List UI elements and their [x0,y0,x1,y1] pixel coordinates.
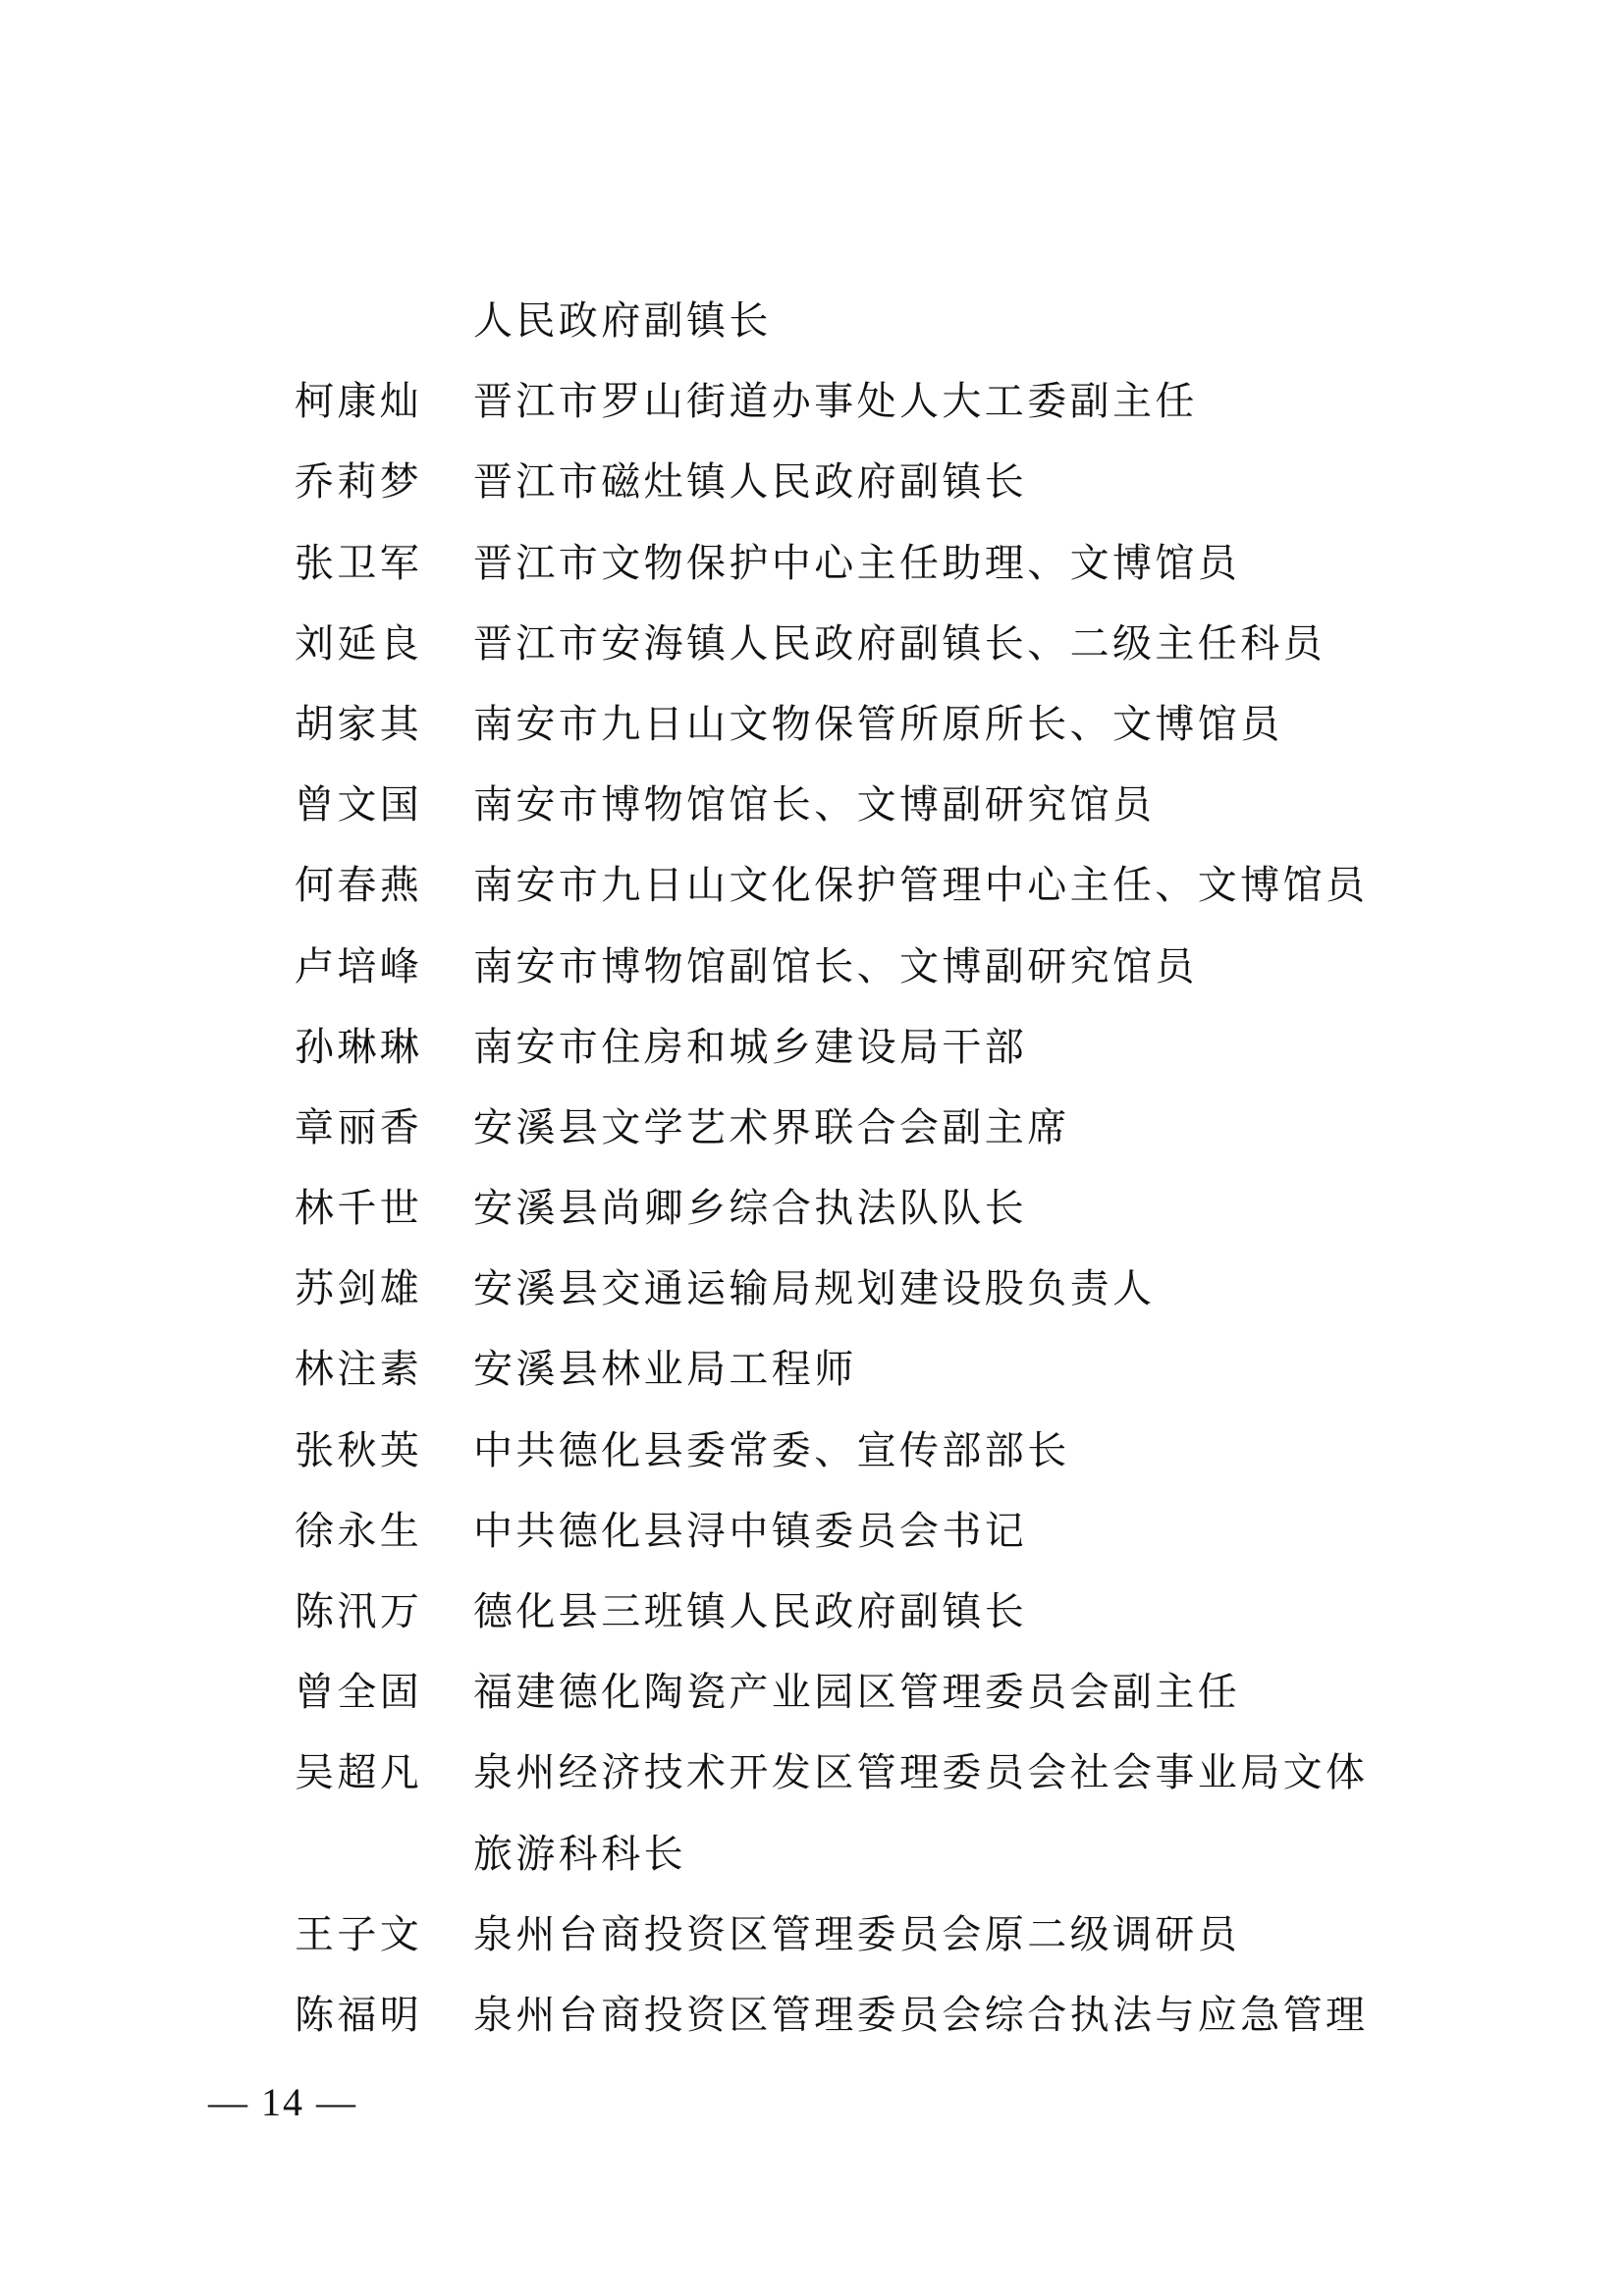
person-position: 德化县三班镇人民政府副镇长 [473,1572,1434,1652]
list-item: 乔莉梦晋江市磁灶镇人民政府副镇长 [295,442,1434,522]
person-position: 晋江市磁灶镇人民政府副镇长 [473,442,1434,522]
person-name: 章丽香 [295,1088,473,1168]
person-name: 陈汛万 [295,1572,473,1652]
list-item: 曾文国南安市博物馆馆长、文博副研究馆员 [295,765,1434,845]
list-item: 王子文泉州台商投资区管理委员会原二级调研员 [295,1895,1434,1975]
person-position: 福建德化陶瓷产业园区管理委员会副主任 [473,1652,1434,1733]
person-position: 人民政府副镇长 [473,281,1434,361]
person-position: 安溪县交通运输局规划建设股负责人 [473,1249,1434,1329]
person-name: 孙琳琳 [295,1007,473,1088]
list-item: 旅游科科长 [295,1814,1434,1895]
list-item: 孙琳琳南安市住房和城乡建设局干部 [295,1007,1434,1088]
person-name: 曾文国 [295,765,473,845]
person-name: 何春燕 [295,845,473,926]
list-item: 陈汛万德化县三班镇人民政府副镇长 [295,1572,1434,1652]
person-position: 中共德化县委常委、宣传部部长 [473,1411,1434,1491]
list-item: 曾全固福建德化陶瓷产业园区管理委员会副主任 [295,1652,1434,1733]
list-item: 徐永生中共德化县浔中镇委员会书记 [295,1491,1434,1572]
person-position: 南安市九日山文物保管所原所长、文博馆员 [473,684,1434,765]
person-name: 曾全固 [295,1652,473,1733]
person-name: 陈福明 [295,1975,473,2056]
list-item: 胡家其南安市九日山文物保管所原所长、文博馆员 [295,684,1434,765]
person-position: 晋江市罗山街道办事处人大工委副主任 [473,361,1434,442]
list-item: 张卫军晋江市文物保护中心主任助理、文博馆员 [295,523,1434,604]
list-item: 吴超凡泉州经济技术开发区管理委员会社会事业局文体 [295,1733,1434,1813]
person-position: 泉州经济技术开发区管理委员会社会事业局文体 [473,1733,1434,1813]
person-name: 张卫军 [295,523,473,604]
person-position: 南安市九日山文化保护管理中心主任、文博馆员 [473,845,1434,926]
person-name: 张秋英 [295,1411,473,1491]
list-item: 林千世安溪县尚卿乡综合执法队队长 [295,1168,1434,1249]
person-name: 林注素 [295,1329,473,1410]
list-item: 张秋英中共德化县委常委、宣传部部长 [295,1411,1434,1491]
list-item: 卢培峰南安市博物馆副馆长、文博副研究馆员 [295,927,1434,1007]
person-position: 晋江市文物保护中心主任助理、文博馆员 [473,523,1434,604]
person-position: 泉州台商投资区管理委员会原二级调研员 [473,1895,1434,1975]
person-position: 安溪县尚卿乡综合执法队队长 [473,1168,1434,1249]
person-position: 南安市博物馆馆长、文博副研究馆员 [473,765,1434,845]
person-position: 南安市博物馆副馆长、文博副研究馆员 [473,927,1434,1007]
person-name: 林千世 [295,1168,473,1249]
list-item: 陈福明泉州台商投资区管理委员会综合执法与应急管理 [295,1975,1434,2056]
list-item: 苏剑雄安溪县交通运输局规划建设股负责人 [295,1249,1434,1329]
list-item: 林注素安溪县林业局工程师 [295,1329,1434,1410]
person-position: 安溪县林业局工程师 [473,1329,1434,1410]
person-name: 徐永生 [295,1491,473,1572]
person-name: 胡家其 [295,684,473,765]
personnel-list: 人民政府副镇长 柯康灿晋江市罗山街道办事处人大工委副主任 乔莉梦晋江市磁灶镇人民… [295,281,1434,2056]
person-position: 安溪县文学艺术界联合会副主席 [473,1088,1434,1168]
person-name: 吴超凡 [295,1733,473,1813]
person-name: 王子文 [295,1895,473,1975]
person-position: 南安市住房和城乡建设局干部 [473,1007,1434,1088]
page-number: — 14 — [208,2079,357,2125]
document-page: 人民政府副镇长 柯康灿晋江市罗山街道办事处人大工委副主任 乔莉梦晋江市磁灶镇人民… [0,0,1624,2296]
list-item: 人民政府副镇长 [295,281,1434,361]
person-name: 乔莉梦 [295,442,473,522]
person-position: 中共德化县浔中镇委员会书记 [473,1491,1434,1572]
person-position: 晋江市安海镇人民政府副镇长、二级主任科员 [473,604,1434,684]
person-name: 苏剑雄 [295,1249,473,1329]
list-item: 刘延良晋江市安海镇人民政府副镇长、二级主任科员 [295,604,1434,684]
person-name: 柯康灿 [295,361,473,442]
person-name: 刘延良 [295,604,473,684]
list-item: 何春燕南安市九日山文化保护管理中心主任、文博馆员 [295,845,1434,926]
person-position: 旅游科科长 [473,1814,1434,1895]
person-name: 卢培峰 [295,927,473,1007]
list-item: 章丽香安溪县文学艺术界联合会副主席 [295,1088,1434,1168]
list-item: 柯康灿晋江市罗山街道办事处人大工委副主任 [295,361,1434,442]
person-position: 泉州台商投资区管理委员会综合执法与应急管理 [473,1975,1434,2056]
